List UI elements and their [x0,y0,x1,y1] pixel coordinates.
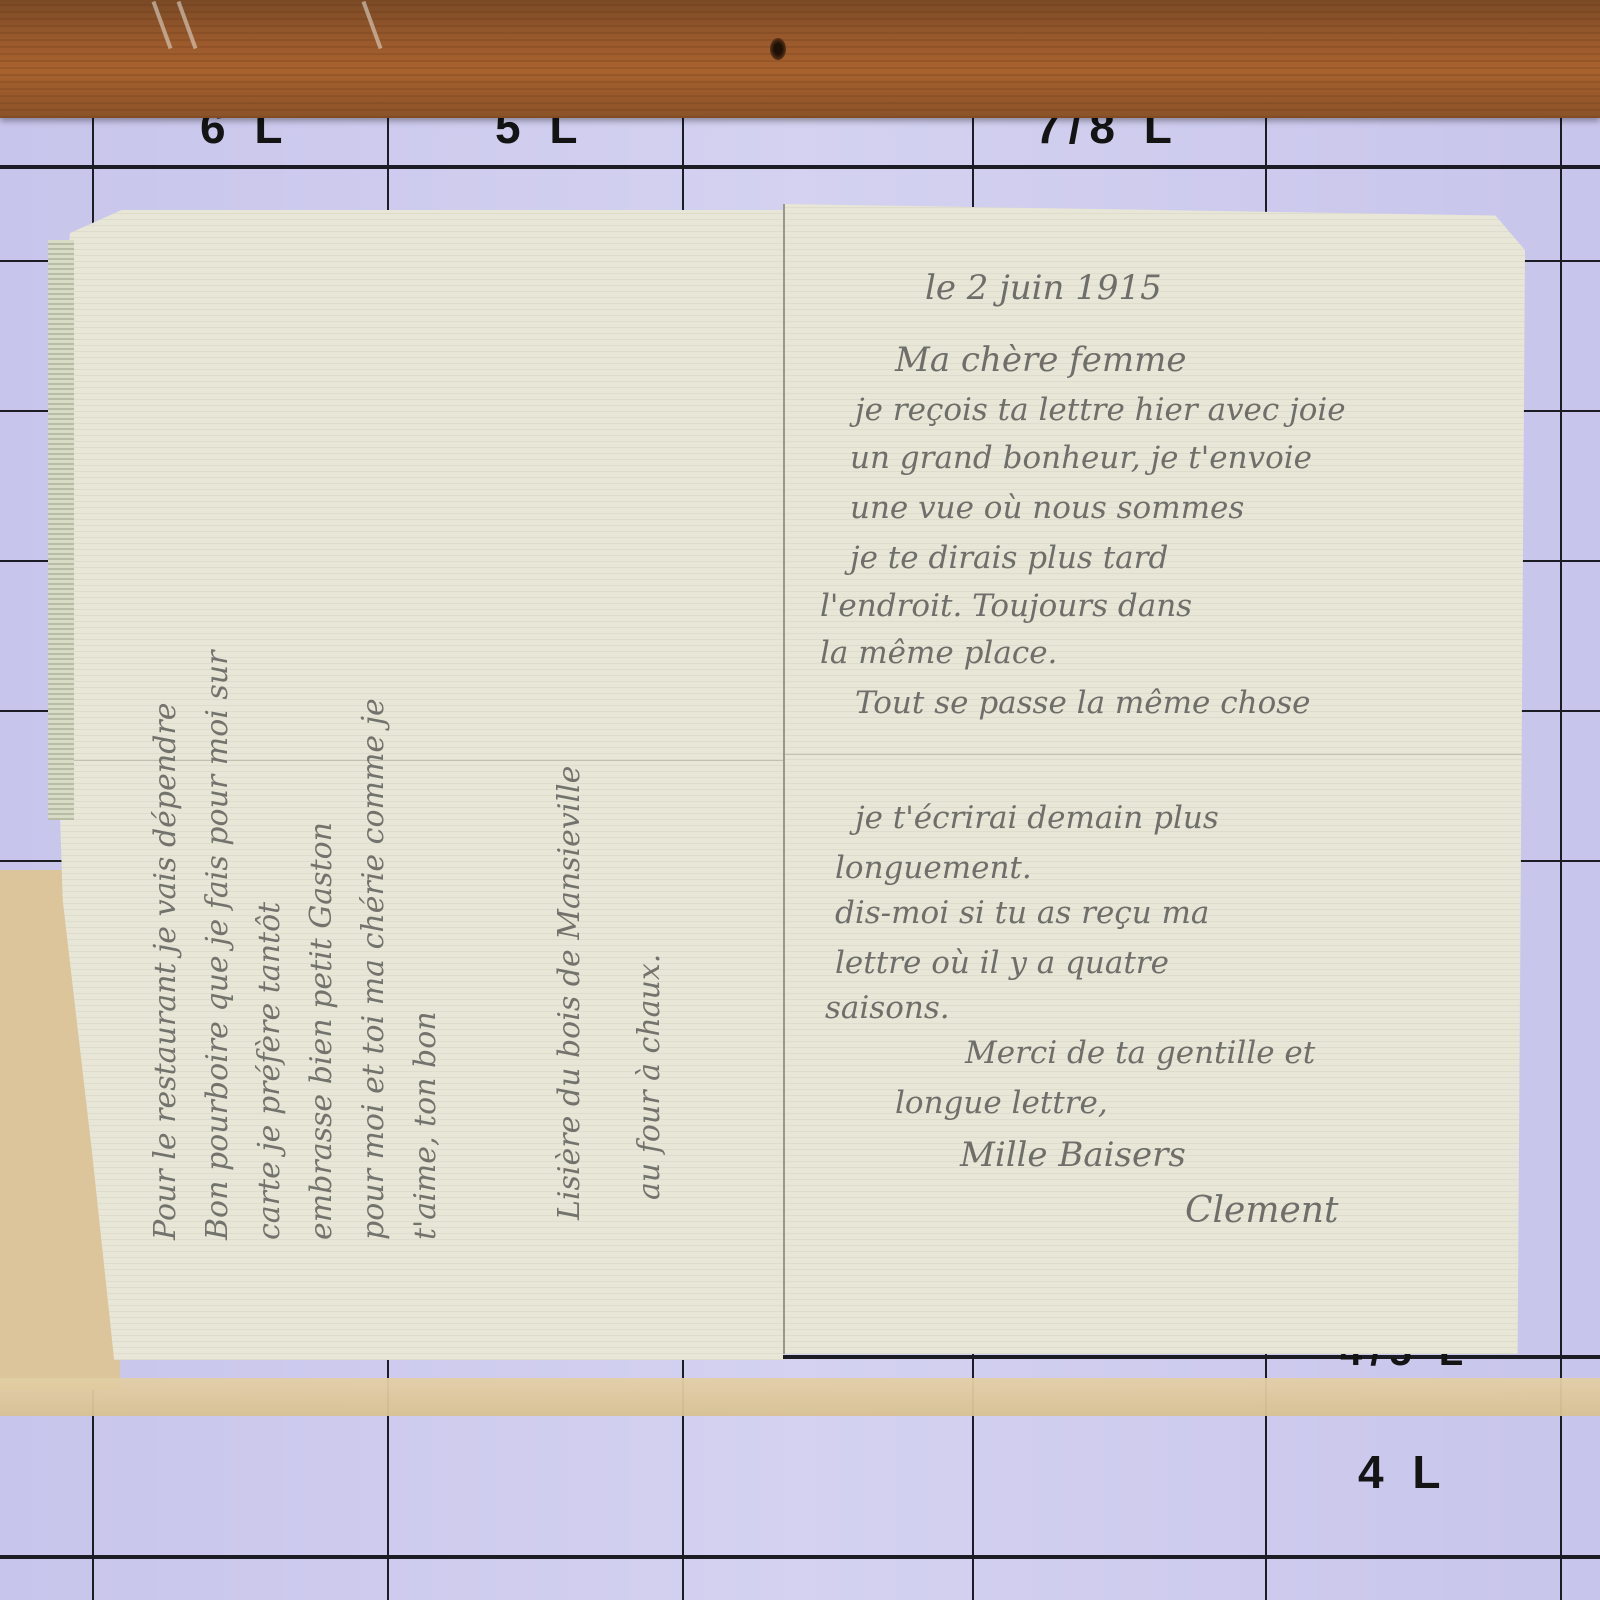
tape-strip [0,1378,1600,1416]
letter-line: Pour le restaurant je vais dépendre [140,651,192,1240]
letter-line: lettre où il y a quatre [835,945,1169,981]
wood-scratch [177,1,198,49]
nail-hole [770,38,786,60]
letter-line: je t'écrirai demain plus [855,800,1219,836]
letter-line: la même place. [820,635,1057,671]
letter-line: saisons. [825,990,950,1026]
grid-label-bottom: 4 L [1358,1445,1448,1499]
letter-line: dis-moi si tu as reçu ma [835,895,1209,931]
letter-line: embrasse bien petit Gaston [296,651,348,1240]
letter-line: Bon pourboire que je fais pour moi sur [192,651,244,1240]
letter-line: Tout se passe la même chose [855,685,1311,721]
caption-line: Lisière du bois de Mansieville [530,766,610,1220]
photo-caption: Lisière du bois de Mansieville au four à… [530,766,690,1220]
paper-edge-strip [48,240,74,820]
center-fold [783,204,785,1354]
wood-scratch [362,1,383,49]
left-page-text: Pour le restaurant je vais dépendre Bon … [140,651,452,1240]
letter-closing: Mille Baisers [960,1135,1186,1175]
letter-signature: Clement [1185,1190,1338,1231]
letter-salutation: Ma chère femme [895,340,1186,380]
letter-line: t'aime, ton bon [400,651,452,1240]
wooden-board [0,0,1600,118]
letter-line: pour moi et toi ma chérie comme je [348,651,400,1240]
letter-line: l'endroit. Toujours dans [820,588,1192,624]
letter-line: un grand bonheur, je t'envoie [850,440,1312,476]
caption-line: au four à chaux. [610,766,690,1220]
letter-line: je reçois ta lettre hier avec joie [855,392,1346,428]
letter-line: carte je préfère tantôt [244,651,296,1240]
letter-date: le 2 juin 1915 [925,268,1162,308]
letter-line: longuement. [835,850,1032,886]
letter-closing: Merci de ta gentille et [965,1035,1315,1071]
letter-line: je te dirais plus tard [850,540,1168,576]
letter-closing: longue lettre, [895,1085,1108,1121]
wood-scratch [152,1,173,49]
letter-line: une vue où nous sommes [850,490,1244,526]
